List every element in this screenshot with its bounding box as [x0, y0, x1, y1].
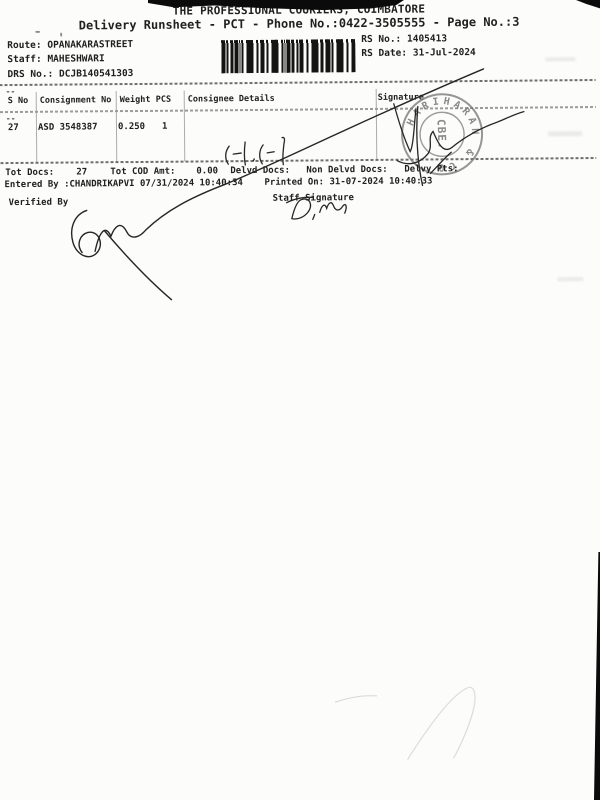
scan-speck: [35, 31, 40, 33]
stamp-center-text: CBE.: [434, 119, 448, 150]
col-header-sno: S No: [8, 96, 29, 106]
staff-field: Staff: MAHESHWARI: [7, 54, 104, 65]
rs-no-field: RS No.: 1405413: [361, 34, 447, 45]
separator-line: [0, 79, 596, 86]
verified-by-label: Verified By: [9, 198, 69, 209]
tot-cod-value: 0.00: [196, 166, 218, 176]
col-header-pcs: PCS: [156, 95, 171, 105]
bleed-through-ghost: [548, 131, 582, 136]
row-pcs: 1: [162, 122, 168, 132]
row-consignment-no: ASD 3548387: [38, 122, 98, 133]
ghost-pencil-marks: [335, 687, 476, 760]
tot-docs-label: Tot Docs:: [5, 168, 54, 178]
drs-no-field: DRS No.: DCJB140541303: [7, 69, 133, 80]
non-delvd-docs-label: Non Delvd Docs:: [306, 165, 387, 176]
barcode-icon: [221, 39, 355, 73]
runsheet-subtitle: Delivery Runsheet - PCT - Phone No.:0422…: [0, 16, 599, 31]
table-bottom-rule: [0, 157, 596, 164]
route-field: Route: OPANAKARASTREET: [7, 40, 133, 51]
table-column-line: [184, 91, 186, 162]
entered-by-line: Entered By :CHANDRIKAPVI 07/31/2024 10:4…: [4, 178, 243, 190]
col-header-consignee: Consignee Details: [188, 94, 275, 105]
row-sno: 27: [8, 123, 19, 133]
row-weight: 0.250: [118, 122, 145, 132]
handwriting-layer: [0, 0, 600, 800]
delvy-pts-label: Delvy Pts:: [404, 164, 458, 174]
tot-cod-label: Tot COD Amt:: [110, 167, 175, 178]
scan-speck: [60, 33, 62, 37]
bleed-through-ghost: [557, 277, 583, 281]
scanned-runsheet-page: THE PROFESSIONAL COURIERS, COIMBATORE De…: [0, 0, 600, 800]
delvd-docs-label: Delvd Docs:: [230, 166, 290, 177]
table-header-rule: [0, 106, 596, 113]
col-header-weight: Weight: [120, 95, 151, 105]
tot-docs-value: 27: [76, 167, 87, 177]
col-header-consignment: Consignment No: [40, 95, 112, 106]
staff-signature-label: Staff Signature: [273, 193, 354, 204]
printed-on-line: Printed On: 31-07-2024 10:40:33: [264, 176, 432, 187]
rs-date-field: RS Date: 31-Jul-2024: [361, 48, 476, 59]
bleed-through-ghost: [545, 57, 575, 61]
